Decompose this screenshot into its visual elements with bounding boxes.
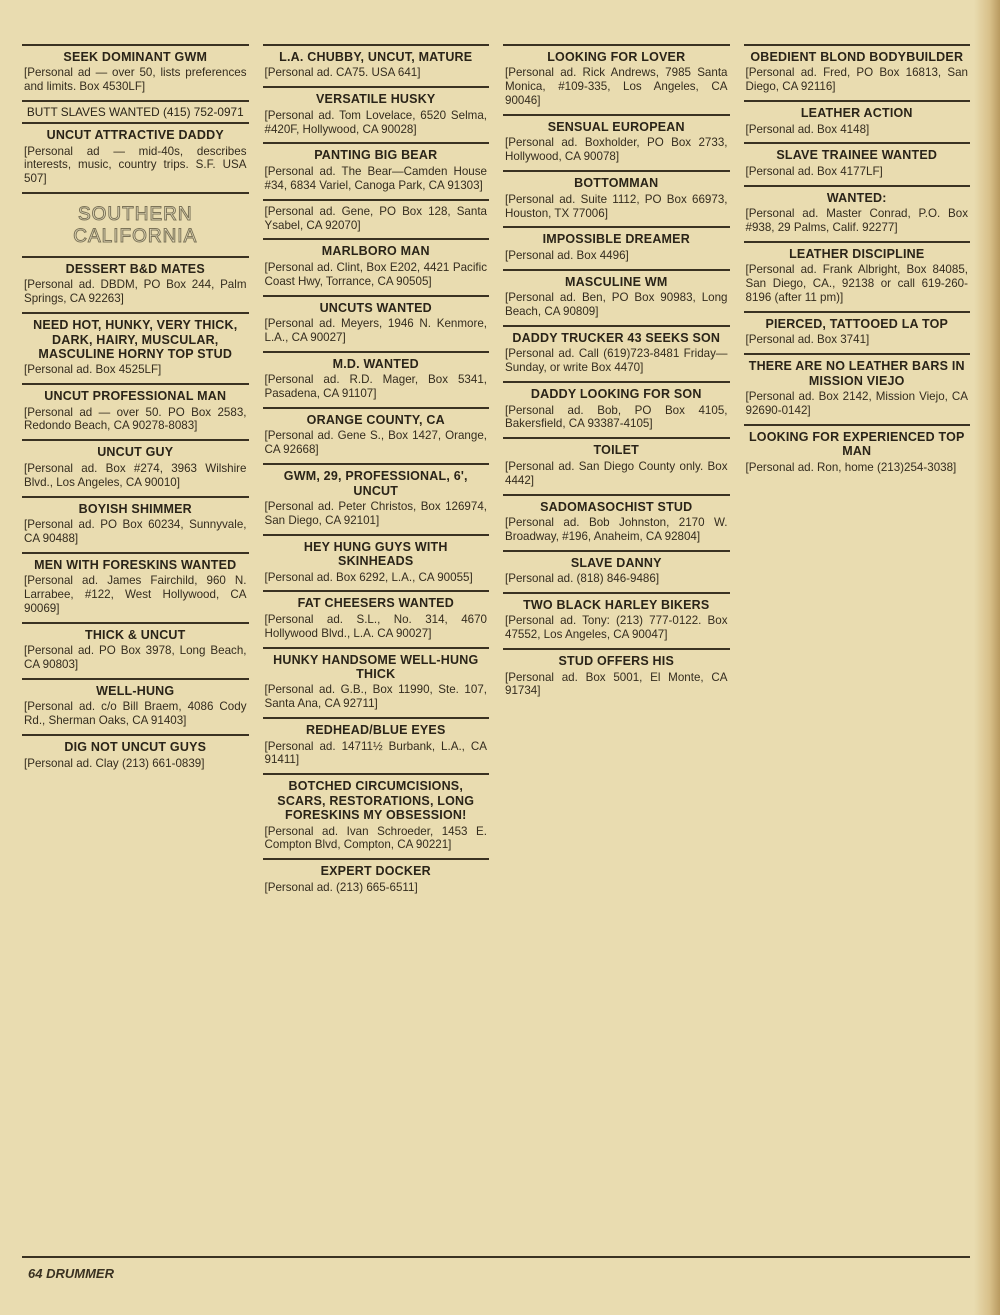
ad-heading: WELL-HUNG: [24, 684, 247, 698]
ad-heading: UNCUT GUY: [24, 445, 247, 459]
classified-ad: LEATHER ACTION[Personal ad. Box 4148]: [744, 100, 971, 142]
classified-ad: DADDY TRUCKER 43 SEEKS SON[Personal ad. …: [503, 325, 730, 381]
ad-body: [Personal ad. Call (619)723-8481 Friday—…: [505, 347, 728, 375]
ad-body: [Personal ad — over 50, lists preference…: [24, 66, 247, 94]
ad-heading: THICK & UNCUT: [24, 628, 247, 642]
ad-heading: STUD OFFERS HIS: [505, 654, 728, 668]
ad-body: [Personal ad. Boxholder, PO Box 2733, Ho…: [505, 136, 728, 164]
ad-heading: THERE ARE NO LEATHER BARS IN MISSION VIE…: [746, 359, 969, 388]
ad-heading: MASCULINE WM: [505, 275, 728, 289]
classified-ad: DADDY LOOKING FOR SON[Personal ad. Bob, …: [503, 381, 730, 437]
footer-rule: [22, 1256, 970, 1258]
ad-body: [Personal ad. Bob, PO Box 4105, Bakersfi…: [505, 404, 728, 432]
classified-ad: UNCUT ATTRACTIVE DADDY[Personal ad — mid…: [22, 122, 249, 192]
ad-body: [Personal ad. Clay (213) 661-0839]: [24, 757, 247, 771]
ad-body: [Personal ad. Box #274, 3963 Wilshire Bl…: [24, 462, 247, 490]
classified-ad: FAT CHEESERS WANTED[Personal ad. S.L., N…: [263, 590, 490, 646]
ad-heading: UNCUT ATTRACTIVE DADDY: [24, 128, 247, 142]
ad-heading: TOILET: [505, 443, 728, 457]
classified-ad: GWM, 29, PROFESSIONAL, 6', UNCUT[Persona…: [263, 463, 490, 534]
classified-ad: PIERCED, TATTOOED LA TOP[Personal ad. Bo…: [744, 311, 971, 353]
classified-ad: UNCUT GUY[Personal ad. Box #274, 3963 Wi…: [22, 439, 249, 495]
classified-ad: SLAVE TRAINEE WANTED[Personal ad. Box 41…: [744, 142, 971, 184]
section-banner: SOUTHERNCALIFORNIA: [22, 192, 249, 256]
ad-heading: FAT CHEESERS WANTED: [265, 596, 488, 610]
ad-body: [Personal ad. Tony: (213) 777-0122. Box …: [505, 614, 728, 642]
ad-body: [Personal ad. (213) 665-6511]: [265, 881, 488, 895]
ad-heading: WANTED:: [746, 191, 969, 205]
classified-ad: MEN WITH FORESKINS WANTED[Personal ad. J…: [22, 552, 249, 622]
ad-body: [Personal ad. Box 4177LF]: [746, 165, 969, 179]
ad-heading: DADDY LOOKING FOR SON: [505, 387, 728, 401]
ad-body: [Personal ad. Box 4496]: [505, 249, 728, 263]
classified-ad: IMPOSSIBLE DREAMER[Personal ad. Box 4496…: [503, 226, 730, 268]
ad-heading: ORANGE COUNTY, CA: [265, 413, 488, 427]
classified-ad: ORANGE COUNTY, CA[Personal ad. Gene S., …: [263, 407, 490, 463]
ad-body: [Personal ad. Rick Andrews, 7985 Santa M…: [505, 66, 728, 108]
ad-body: [Personal ad. Box 3741]: [746, 333, 969, 347]
classified-ad: SEEK DOMINANT GWM[Personal ad — over 50,…: [22, 44, 249, 100]
ad-heading: SLAVE TRAINEE WANTED: [746, 148, 969, 162]
ad-heading: M.D. WANTED: [265, 357, 488, 371]
ad-body: [Personal ad. PO Box 60234, Sunnyvale, C…: [24, 518, 247, 546]
ad-body: [Personal ad. Box 2142, Mission Viejo, C…: [746, 390, 969, 418]
ad-body: [Personal ad. Gene, PO Box 128, Santa Ys…: [265, 205, 488, 233]
page-number: 64: [28, 1266, 42, 1281]
ad-heading: EXPERT DOCKER: [265, 864, 488, 878]
classified-ad: EXPERT DOCKER[Personal ad. (213) 665-651…: [263, 858, 490, 900]
classified-ad: L.A. CHUBBY, UNCUT, MATURE[Personal ad. …: [263, 44, 490, 86]
ad-body: [Personal ad. Box 5001, El Monte, CA 917…: [505, 671, 728, 699]
classified-ad: STUD OFFERS HIS[Personal ad. Box 5001, E…: [503, 648, 730, 704]
classified-ad: REDHEAD/BLUE EYES[Personal ad. 14711½ Bu…: [263, 717, 490, 773]
ad-body: [Personal ad. Gene S., Box 1427, Orange,…: [265, 429, 488, 457]
ad-heading: L.A. CHUBBY, UNCUT, MATURE: [265, 50, 488, 64]
classified-ad: MASCULINE WM[Personal ad. Ben, PO Box 90…: [503, 269, 730, 325]
classified-ad: BOTCHED CIRCUMCISIONS, SCARS, RESTORATIO…: [263, 773, 490, 858]
ad-body: [Personal ad. PO Box 3978, Long Beach, C…: [24, 644, 247, 672]
ad-heading: HEY HUNG GUYS WITH SKINHEADS: [265, 540, 488, 569]
classified-ad: LEATHER DISCIPLINE[Personal ad. Frank Al…: [744, 241, 971, 311]
classified-ad: HEY HUNG GUYS WITH SKINHEADS[Personal ad…: [263, 534, 490, 591]
ad-body: [Personal ad. DBDM, PO Box 244, Palm Spr…: [24, 278, 247, 306]
page-footer: 64 DRUMMER: [28, 1266, 114, 1281]
ad-body: [Personal ad. Box 6292, L.A., CA 90055]: [265, 571, 488, 585]
classified-ad: MARLBORO MAN[Personal ad. Clint, Box E20…: [263, 238, 490, 294]
classified-ad: SADOMASOCHIST STUD[Personal ad. Bob John…: [503, 494, 730, 550]
ad-body: [Personal ad. The Bear—Camden House #34,…: [265, 165, 488, 193]
classified-ad: WELL-HUNG[Personal ad. c/o Bill Braem, 4…: [22, 678, 249, 734]
ad-heading: LEATHER ACTION: [746, 106, 969, 120]
ad-body: [Personal ad. Bob Johnston, 2170 W. Broa…: [505, 516, 728, 544]
ad-body: [Personal ad. Frank Albright, Box 84085,…: [746, 263, 969, 305]
ad-heading: REDHEAD/BLUE EYES: [265, 723, 488, 737]
ad-heading: SEEK DOMINANT GWM: [24, 50, 247, 64]
column-4: OBEDIENT BLOND BODYBUILDER[Personal ad. …: [744, 44, 971, 1254]
ad-heading: PIERCED, TATTOOED LA TOP: [746, 317, 969, 331]
classified-ad: THICK & UNCUT[Personal ad. PO Box 3978, …: [22, 622, 249, 678]
ad-body: [Personal ad. Ivan Schroeder, 1453 E. Co…: [265, 825, 488, 853]
classified-ad: BOYISH SHIMMER[Personal ad. PO Box 60234…: [22, 496, 249, 552]
classified-ad: UNCUTS WANTED[Personal ad. Meyers, 1946 …: [263, 295, 490, 351]
ad-body: [Personal ad. c/o Bill Braem, 4086 Cody …: [24, 700, 247, 728]
ad-heading: SENSUAL EUROPEAN: [505, 120, 728, 134]
ad-body: [Personal ad. R.D. Mager, Box 5341, Pasa…: [265, 373, 488, 401]
ad-heading: LOOKING FOR EXPERIENCED TOP MAN: [746, 430, 969, 459]
ad-body: [Personal ad. Box 4148]: [746, 123, 969, 137]
ad-body: [Personal ad. Ben, PO Box 90983, Long Be…: [505, 291, 728, 319]
classified-ad: LOOKING FOR LOVER[Personal ad. Rick Andr…: [503, 44, 730, 114]
ad-heading: DIG NOT UNCUT GUYS: [24, 740, 247, 754]
ad-heading: NEED HOT, HUNKY, VERY THICK, DARK, HAIRY…: [24, 318, 247, 361]
ad-body: [Personal ad. 14711½ Burbank, L.A., CA 9…: [265, 740, 488, 768]
classified-ad: BOTTOMMAN[Personal ad. Suite 1112, PO Bo…: [503, 170, 730, 226]
ad-heading: GWM, 29, PROFESSIONAL, 6', UNCUT: [265, 469, 488, 498]
ad-body: [Personal ad. Fred, PO Box 16813, San Di…: [746, 66, 969, 94]
banner-line-1: SOUTHERN: [22, 204, 249, 226]
ad-heading: VERSATILE HUSKY: [265, 92, 488, 106]
ad-heading: BOYISH SHIMMER: [24, 502, 247, 516]
classified-ad: [Personal ad. Gene, PO Box 128, Santa Ys…: [263, 199, 490, 239]
classified-ad: SLAVE DANNY[Personal ad. (818) 846-9486]: [503, 550, 730, 592]
classified-ad: VERSATILE HUSKY[Personal ad. Tom Lovelac…: [263, 86, 490, 142]
classified-ad: THERE ARE NO LEATHER BARS IN MISSION VIE…: [744, 353, 971, 424]
classified-ad: HUNKY HANDSOME WELL-HUNG THICK[Personal …: [263, 647, 490, 718]
classified-ad: DESSERT B&D MATES[Personal ad. DBDM, PO …: [22, 256, 249, 312]
ad-body: [Personal ad. S.L., No. 314, 4670 Hollyw…: [265, 613, 488, 641]
ad-heading: UNCUTS WANTED: [265, 301, 488, 315]
column-1: SEEK DOMINANT GWM[Personal ad — over 50,…: [22, 44, 249, 1254]
ad-heading: UNCUT PROFESSIONAL MAN: [24, 389, 247, 403]
ad-body: [Personal ad. (818) 846-9486]: [505, 572, 728, 586]
ad-heading: IMPOSSIBLE DREAMER: [505, 232, 728, 246]
classified-ad: OBEDIENT BLOND BODYBUILDER[Personal ad. …: [744, 44, 971, 100]
ad-heading: DADDY TRUCKER 43 SEEKS SON: [505, 331, 728, 345]
ad-heading: BOTTOMMAN: [505, 176, 728, 190]
ad-heading: MEN WITH FORESKINS WANTED: [24, 558, 247, 572]
ad-body: [Personal ad — over 50. PO Box 2583, Red…: [24, 406, 247, 434]
ad-body: [Personal ad. Box 4525LF]: [24, 363, 247, 377]
ad-heading: LEATHER DISCIPLINE: [746, 247, 969, 261]
line-ad: BUTT SLAVES WANTED (415) 752-0971: [22, 100, 249, 122]
ad-heading: LOOKING FOR LOVER: [505, 50, 728, 64]
ad-body: [Personal ad. Meyers, 1946 N. Kenmore, L…: [265, 317, 488, 345]
classified-ad: TOILET[Personal ad. San Diego County onl…: [503, 437, 730, 493]
ad-heading: SLAVE DANNY: [505, 556, 728, 570]
ad-heading: TWO BLACK HARLEY BIKERS: [505, 598, 728, 612]
ad-body: [Personal ad. Ron, home (213)254-3038]: [746, 461, 969, 475]
ad-heading: PANTING BIG BEAR: [265, 148, 488, 162]
ad-body: [Personal ad. James Fairchild, 960 N. La…: [24, 574, 247, 616]
classified-ad: M.D. WANTED[Personal ad. R.D. Mager, Box…: [263, 351, 490, 407]
ad-body: [Personal ad. Clint, Box E202, 4421 Paci…: [265, 261, 488, 289]
column-3: LOOKING FOR LOVER[Personal ad. Rick Andr…: [503, 44, 730, 1254]
classified-ad: PANTING BIG BEAR[Personal ad. The Bear—C…: [263, 142, 490, 198]
classified-ad: DIG NOT UNCUT GUYS[Personal ad. Clay (21…: [22, 734, 249, 776]
ad-body: [Personal ad. Master Conrad, P.O. Box #9…: [746, 207, 969, 235]
ad-heading: OBEDIENT BLOND BODYBUILDER: [746, 50, 969, 64]
classified-ad: UNCUT PROFESSIONAL MAN[Personal ad — ove…: [22, 383, 249, 439]
ad-heading: MARLBORO MAN: [265, 244, 488, 258]
classified-ad: TWO BLACK HARLEY BIKERS[Personal ad. Ton…: [503, 592, 730, 648]
classified-ad: SENSUAL EUROPEAN[Personal ad. Boxholder,…: [503, 114, 730, 170]
classified-ad: LOOKING FOR EXPERIENCED TOP MAN[Personal…: [744, 424, 971, 481]
classifieds-page: SEEK DOMINANT GWM[Personal ad — over 50,…: [22, 44, 970, 1254]
ad-heading: HUNKY HANDSOME WELL-HUNG THICK: [265, 653, 488, 682]
page-binding-edge: [974, 0, 1000, 1315]
column-2: L.A. CHUBBY, UNCUT, MATURE[Personal ad. …: [263, 44, 490, 1254]
ad-body: [Personal ad. G.B., Box 11990, Ste. 107,…: [265, 683, 488, 711]
ad-heading: SADOMASOCHIST STUD: [505, 500, 728, 514]
ad-body: [Personal ad. Tom Lovelace, 6520 Selma, …: [265, 109, 488, 137]
ad-body: [Personal ad. Peter Christos, Box 126974…: [265, 500, 488, 528]
ad-heading: BOTCHED CIRCUMCISIONS, SCARS, RESTORATIO…: [265, 779, 488, 822]
classified-ad: WANTED:[Personal ad. Master Conrad, P.O.…: [744, 185, 971, 241]
banner-line-2: CALIFORNIA: [22, 226, 249, 248]
ad-body: [Personal ad. CA75. USA 641]: [265, 66, 488, 80]
ad-body: [Personal ad. San Diego County only. Box…: [505, 460, 728, 488]
publication-title: DRUMMER: [46, 1266, 114, 1281]
ad-body: [Personal ad. Suite 1112, PO Box 66973, …: [505, 193, 728, 221]
ad-body: [Personal ad — mid-40s, describes intere…: [24, 145, 247, 187]
classified-ad: NEED HOT, HUNKY, VERY THICK, DARK, HAIRY…: [22, 312, 249, 383]
ad-heading: DESSERT B&D MATES: [24, 262, 247, 276]
